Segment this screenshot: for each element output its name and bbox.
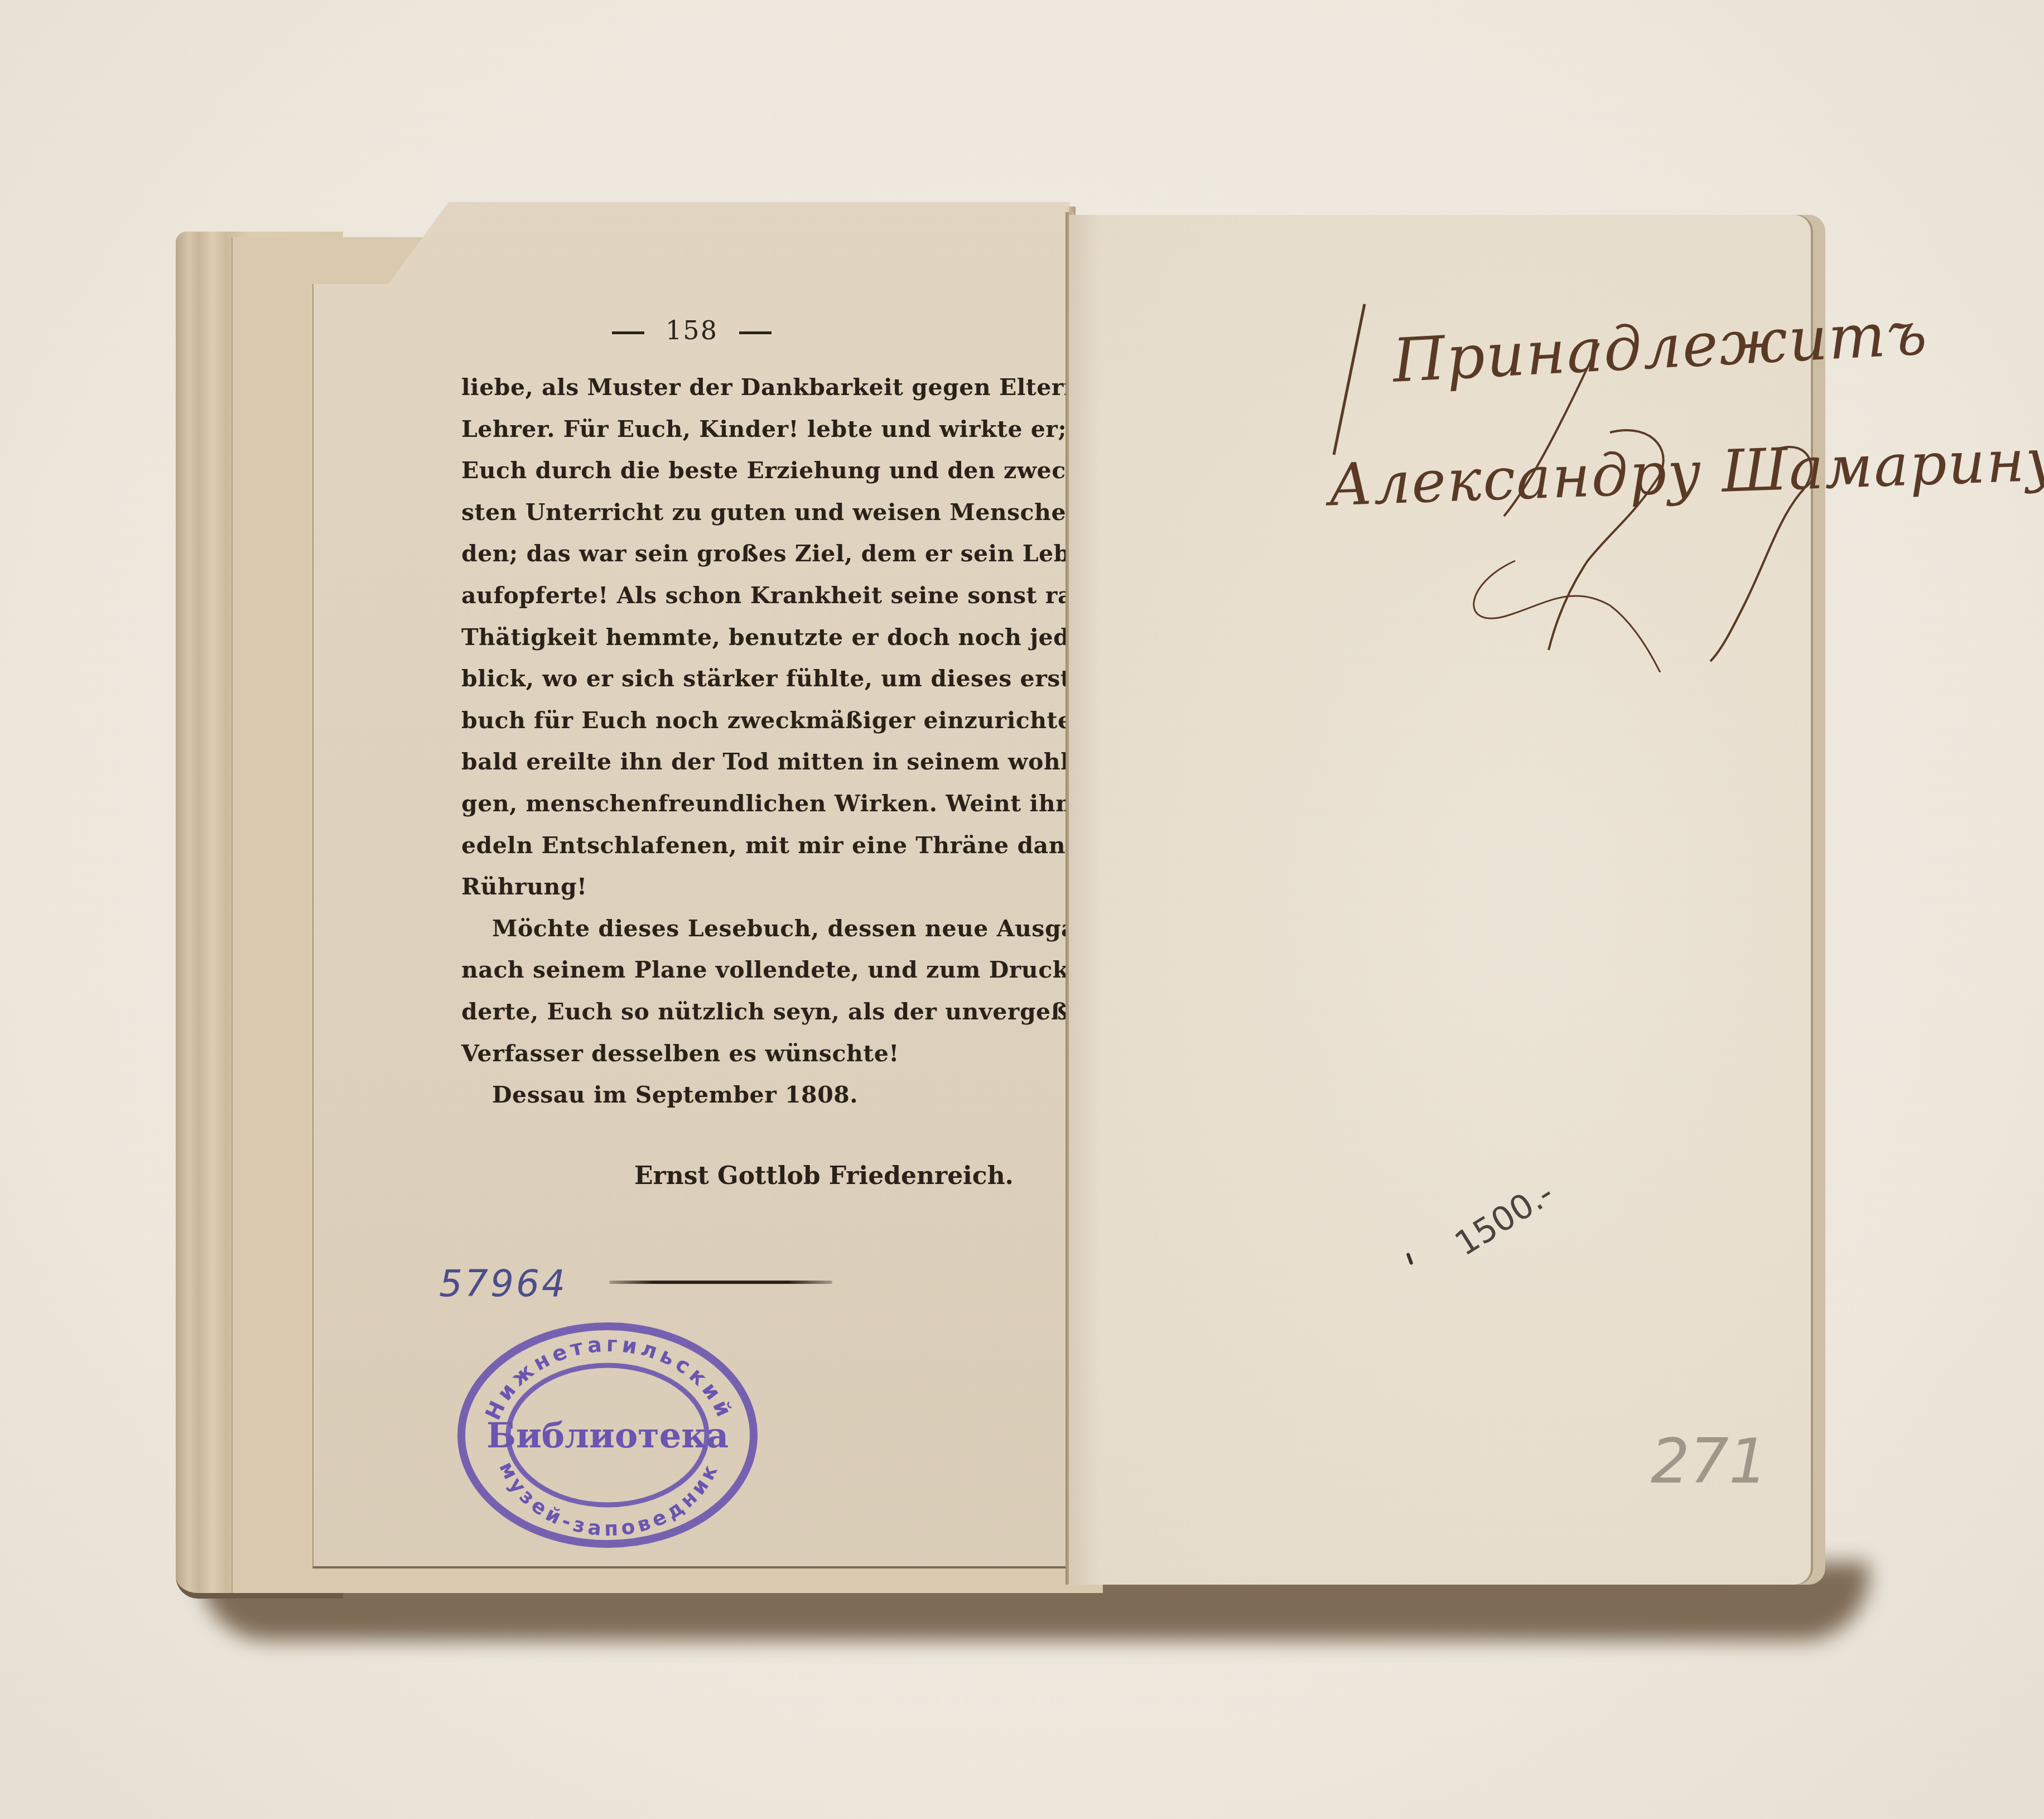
left-page: 158 liebe, als Muster der Dankbarkeit ge…	[312, 202, 1070, 1568]
printed-rule	[609, 1281, 832, 1284]
pencil-mark	[1406, 1253, 1413, 1265]
page-number: 158	[314, 315, 1070, 345]
dash-left	[612, 331, 644, 334]
right-page-flyleaf: Принадлежитъ Александру Шамарину. 1500.-…	[1069, 215, 1825, 1585]
svg-text:Библиотека: Библиотека	[486, 1415, 729, 1456]
text-line: buch für Euch noch zweckmäßiger einzuric…	[461, 700, 1022, 742]
text-line: sten Unterricht zu guten und weisen Mens…	[461, 492, 1022, 533]
text-line: Thätigkeit hemmte, benutzte er doch noch…	[461, 617, 1022, 658]
fraktur-text-block: liebe, als Muster der Dankbarkeit gegen …	[461, 367, 1022, 1116]
pencil-price: 1500.-	[1448, 1173, 1560, 1264]
stamp-icon: Нижнетагильский музей-заповедник Библиот…	[456, 1318, 760, 1549]
text-line: aufopferte! Als schon Krankheit seine so…	[461, 575, 1022, 617]
place-and-date: Dessau im September 1808.	[461, 1074, 1022, 1116]
ownership-inscription-line2: Александру Шамарину.	[1327, 425, 2044, 519]
ownership-inscription-line1: Принадлежитъ	[1391, 299, 1929, 396]
printed-signature: Ernst Gottlob Friedenreich.	[634, 1162, 1014, 1190]
pencil-catalog-number: 271	[1651, 1426, 1768, 1497]
text-line: Euch durch die beste Erziehung und den z…	[461, 450, 1022, 492]
text-line: blick, wo er sich stärker fühlte, um die…	[461, 658, 1022, 700]
text-line: Lehrer. Für Euch, Kinder! lebte und wirk…	[461, 408, 1022, 450]
text-line: liebe, als Muster der Dankbarkeit gegen …	[461, 367, 1022, 408]
accession-number: 57964	[439, 1262, 567, 1305]
library-stamp: Нижнетагильский музей-заповедник Библиот…	[456, 1318, 760, 1549]
text-line: edeln Entschlafenen, mit mir eine Thräne…	[461, 825, 1022, 867]
text-line: bald ereilte ihn der Tod mitten in seine…	[461, 741, 1022, 783]
text-line: gen, menschenfreundlichen Wirken. Weint …	[461, 783, 1022, 825]
open-book: 158 liebe, als Muster der Dankbarkeit ge…	[176, 220, 1831, 1604]
text-line: Möchte dieses Lesebuch, dessen neue Ausg…	[461, 908, 1022, 950]
text-line: Verfasser desselben es wünschte!	[461, 1033, 1022, 1075]
text-line: den; das war sein großes Ziel, dem er se…	[461, 533, 1022, 575]
text-line: nach seinem Plane vollendete, und zum Dr…	[461, 949, 1022, 991]
text-line: derte, Euch so nützlich seyn, als der un…	[461, 991, 1022, 1033]
dash-right	[739, 331, 772, 334]
text-line: Rührung!	[461, 866, 1022, 908]
